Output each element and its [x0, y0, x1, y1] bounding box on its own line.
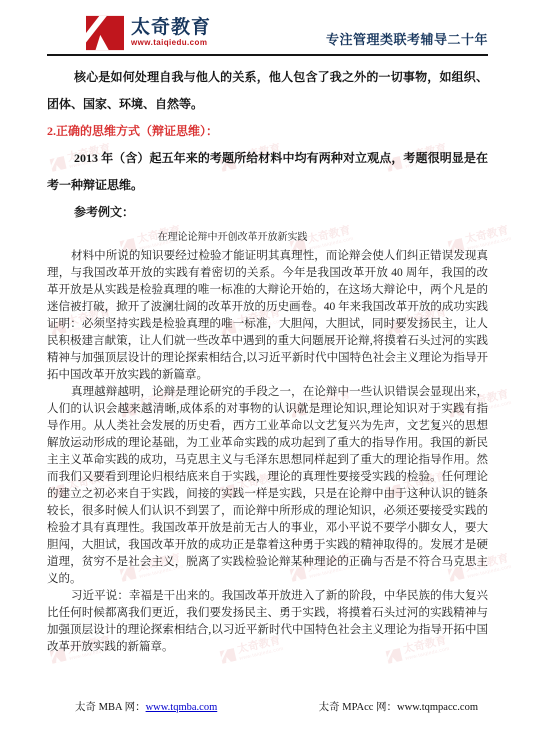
brand-block: 太奇教育 www.taiqiedu.com: [131, 15, 211, 47]
reference-label: 参考例文：: [47, 199, 488, 226]
taiqi-logo-icon: [86, 15, 124, 51]
footer-mba-link[interactable]: www.tqmba.com: [146, 702, 218, 713]
footer-mba-label: 太奇 MBA 网：: [75, 702, 146, 713]
essay-paragraph-3: 习近平说：幸福是干出来的。我国改革开放进入了新的阶段，中华民族的伟大复兴比任何时…: [47, 588, 488, 656]
paragraph-exam: 2013 年（含）起五年来的考题所给材料中均有两种对立观点，考题很明显是在考一种…: [47, 145, 488, 199]
header-row: 太奇教育 www.taiqiedu.com 专注管理类联考辅导二十年: [47, 15, 488, 51]
paragraph-core: 核心是如何处理自我与他人的关系，他人包含了我之外的一切事物，如组织、团体、国家、…: [47, 64, 488, 118]
footer-mba: 太奇 MBA 网：www.tqmba.com: [75, 699, 217, 714]
footer-mpacc: 太奇 MPAcc 网：www.tqmpacc.com: [319, 699, 478, 714]
footer: 太奇 MBA 网：www.tqmba.com 太奇 MPAcc 网：www.tq…: [47, 699, 488, 714]
header-tagline: 专注管理类联考辅导二十年: [326, 29, 488, 51]
essay-paragraph-1: 材料中所说的知识要经过检验才能证明其真理性，而论辩会使人们纠正错误发现真理，与我…: [47, 248, 488, 384]
header: 太奇教育 www.taiqiedu.com 专注管理类联考辅导二十年: [47, 15, 488, 56]
brand-url: www.taiqiedu.com: [131, 38, 211, 47]
footer-mpacc-label: 太奇 MPAcc 网：: [319, 702, 397, 713]
header-divider: [47, 54, 488, 56]
essay-block: 在理论论辩中开创改革开放新实践 材料中所说的知识要经过检验才能证明其真理性，而论…: [47, 230, 488, 656]
brand-name: 太奇教育: [131, 17, 211, 38]
document-page: 太奇教育www.taiqiedu.com太奇教育www.taiqiedu.com…: [0, 0, 535, 750]
footer-mpacc-url: www.tqmpacc.com: [397, 702, 478, 713]
taiqi-logo: 太奇教育 www.taiqiedu.com: [86, 15, 211, 51]
essay-title: 在理论论辩中开创改革开放新实践: [47, 230, 488, 245]
red-section-heading: 2.正确的思维方式（辩证思维）：: [47, 118, 488, 145]
document-body: 核心是如何处理自我与他人的关系，他人包含了我之外的一切事物，如组织、团体、国家、…: [47, 64, 488, 656]
essay-paragraph-2: 真理越辩越明，论辩是理论研究的手段之一，在论辩中一些认识错误会显现出来，人们的认…: [47, 384, 488, 588]
